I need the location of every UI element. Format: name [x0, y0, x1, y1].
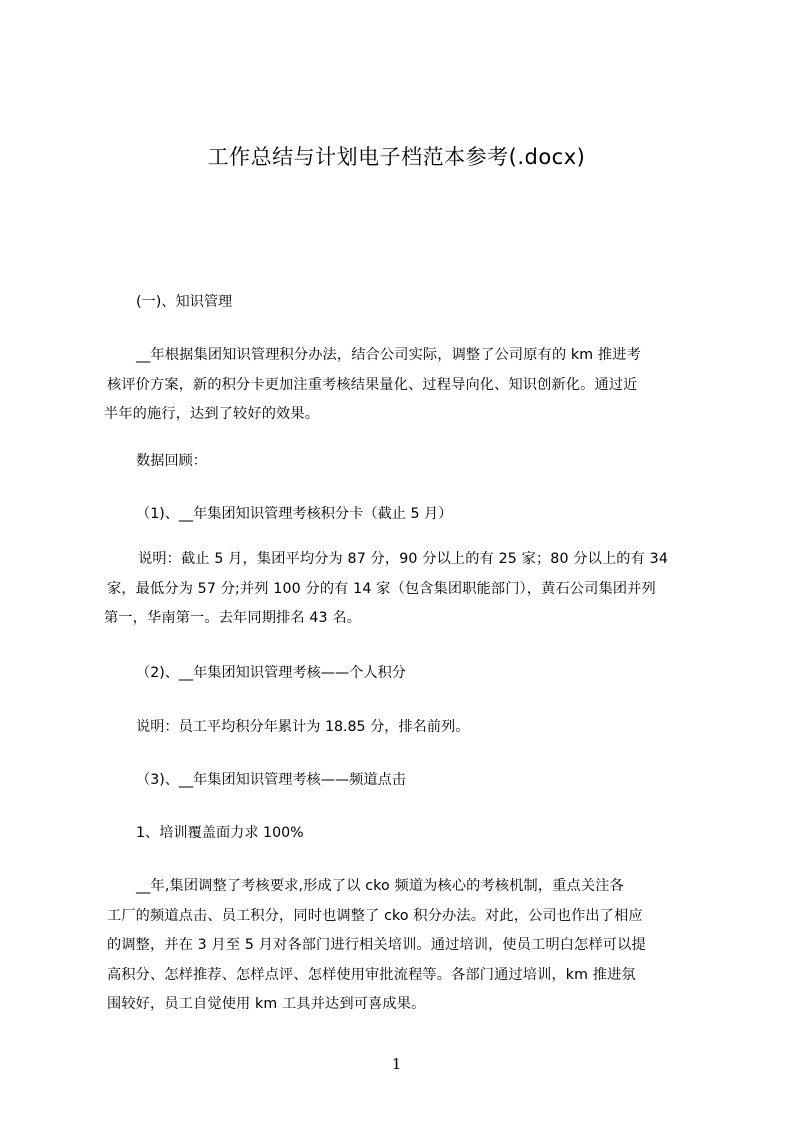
subitem1-paragraph: __年,集团调整了考核要求,形成了以 cko 频道为核心的考核机制，重点关注各 …: [104, 872, 700, 1020]
paragraph-line: 围较好，员工自觉使用 km 工具并达到可喜成果。: [104, 990, 700, 1020]
intro-paragraph: __年根据集团知识管理积分办法，结合公司实际，调整了公司原有的 km 推进考 核…: [104, 341, 700, 430]
paragraph-line: 第一，华南第一。去年同期排名 43 名。: [104, 604, 700, 634]
section-heading: (一)、知识管理: [136, 292, 232, 312]
paragraph-line: 核评价方案，新的积分卡更加注重考核结果量化、过程导向化、知识创新化。通过近: [104, 371, 700, 401]
paragraph-line: 半年的施行，达到了较好的效果。: [104, 400, 700, 430]
paragraph-line: __年,集团调整了考核要求,形成了以 cko 频道为核心的考核机制，重点关注各: [104, 872, 700, 902]
paragraph-line: 高积分、怎样推荐、怎样点评、怎样使用审批流程等。各部门通过培训，km 推进氛: [104, 961, 700, 991]
paragraph-line: 工厂的频道点击、员工积分，同时也调整了 cko 积分办法。对此，公司也作出了相应: [104, 902, 700, 932]
subitem1-heading: 1、培训覆盖面力求 100%: [136, 823, 304, 843]
item1-note: 说明：截止 5 月，集团平均分为 87 分，90 分以上的有 25 家；80 分…: [104, 545, 700, 634]
data-review-label: 数据回顾：: [136, 451, 207, 471]
paragraph-line: 家，最低分为 57 分;并列 100 分的有 14 家（包含集团职能部门），黄石…: [104, 575, 700, 605]
document-page: 工作总结与计划电子档范本参考(.docx) (一)、知识管理 __年根据集团知识…: [0, 0, 793, 1122]
item2-heading: （2)、__年集团知识管理考核——个人积分: [136, 663, 406, 683]
item2-note: 说明：员工平均积分年累计为 18.85 分，排名前列。: [136, 717, 469, 737]
page-number: 1: [0, 1055, 793, 1073]
paragraph-line: __年根据集团知识管理积分办法，结合公司实际，调整了公司原有的 km 推进考: [104, 341, 700, 371]
paragraph-line: 说明：截止 5 月，集团平均分为 87 分，90 分以上的有 25 家；80 分…: [104, 545, 700, 575]
paragraph-line: 的调整，并在 3 月至 5 月对各部门进行相关培训。通过培训，使员工明白怎样可以…: [104, 931, 700, 961]
item1-heading: （1)、__年集团知识管理考核积分卡（截止 5 月）: [136, 504, 452, 524]
item3-heading: （3)、__年集团知识管理考核——频道点击: [136, 770, 406, 790]
document-title: 工作总结与计划电子档范本参考(.docx): [0, 141, 793, 171]
